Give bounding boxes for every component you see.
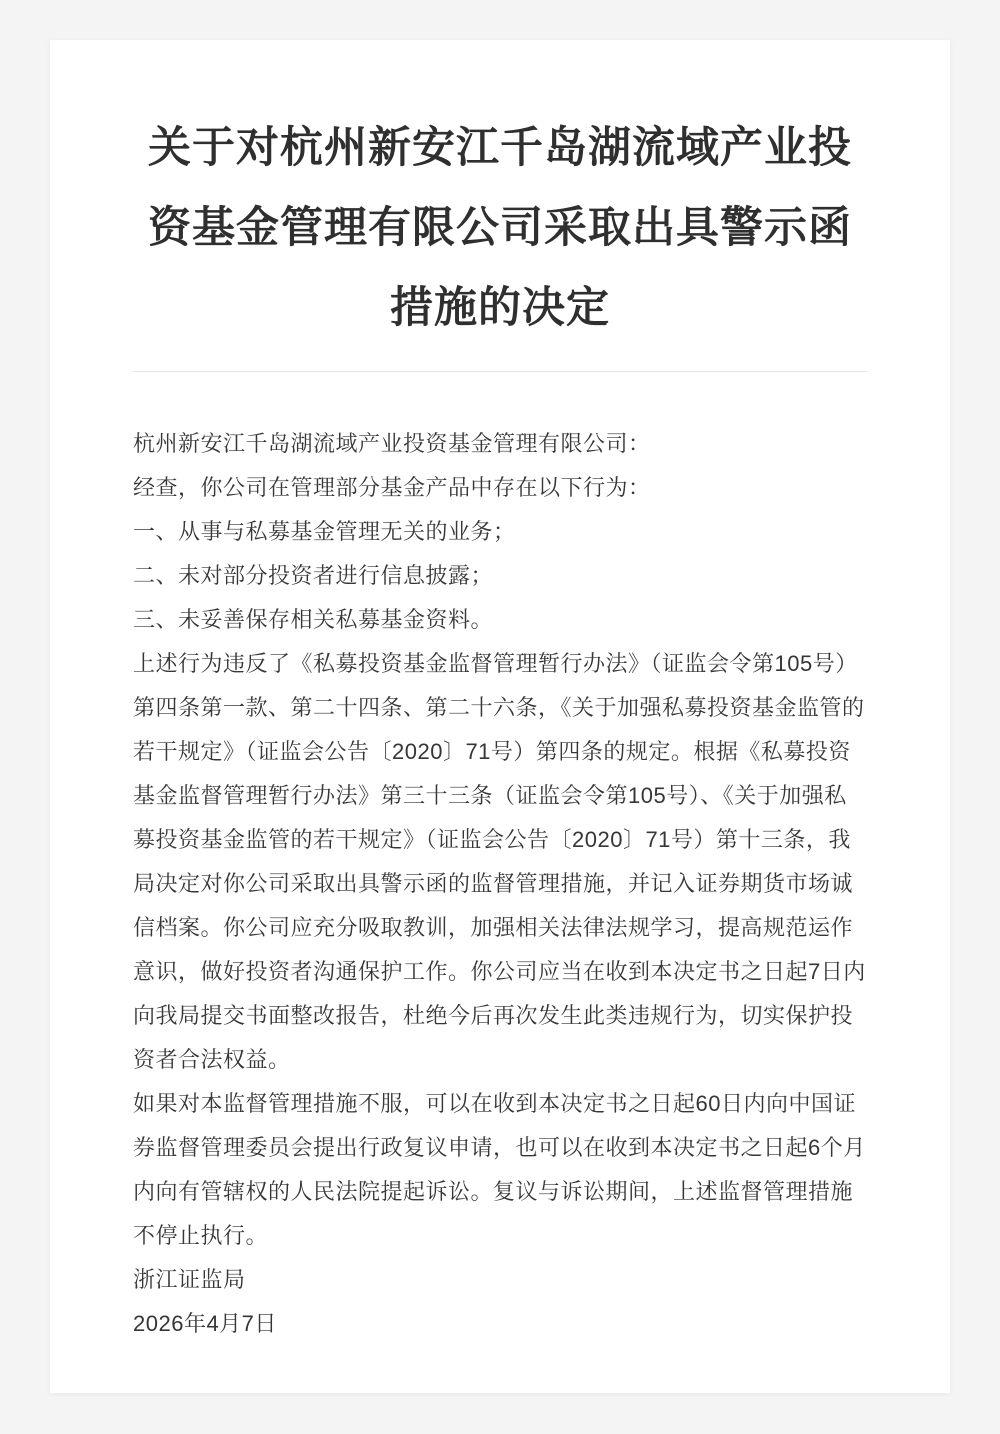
violation-item-1: 一、从事与私募基金管理无关的业务； [133, 510, 867, 554]
document-body: 杭州新安江千岛湖流域产业投资基金管理有限公司： 经查，你公司在管理部分基金产品中… [133, 422, 867, 1346]
document-title: 关于对杭州新安江千岛湖流域产业投资基金管理有限公司采取出具警示函措施的决定 [133, 108, 867, 348]
document-card: 关于对杭州新安江千岛湖流域产业投资基金管理有限公司采取出具警示函措施的决定 杭州… [50, 40, 950, 1393]
issue-date: 2026年4月7日 [133, 1302, 867, 1346]
appeal-rights-paragraph: 如果对本监督管理措施不服，可以在收到本决定书之日起60日内向中国证券监督管理委员… [133, 1082, 867, 1258]
page-background: 关于对杭州新安江千岛湖流域产业投资基金管理有限公司采取出具警示函措施的决定 杭州… [0, 0, 1000, 1434]
title-divider [133, 371, 867, 372]
violation-item-3: 三、未妥善保存相关私募基金资料。 [133, 598, 867, 642]
violation-item-2: 二、未对部分投资者进行信息披露； [133, 554, 867, 598]
salutation-line: 杭州新安江千岛湖流域产业投资基金管理有限公司： [133, 422, 867, 466]
issuer-signature: 浙江证监局 [133, 1258, 867, 1302]
decision-paragraph: 上述行为违反了《私募投资基金监督管理暂行办法》（证监会令第105号）第四条第一款… [133, 642, 867, 1082]
findings-intro-line: 经查，你公司在管理部分基金产品中存在以下行为： [133, 466, 867, 510]
